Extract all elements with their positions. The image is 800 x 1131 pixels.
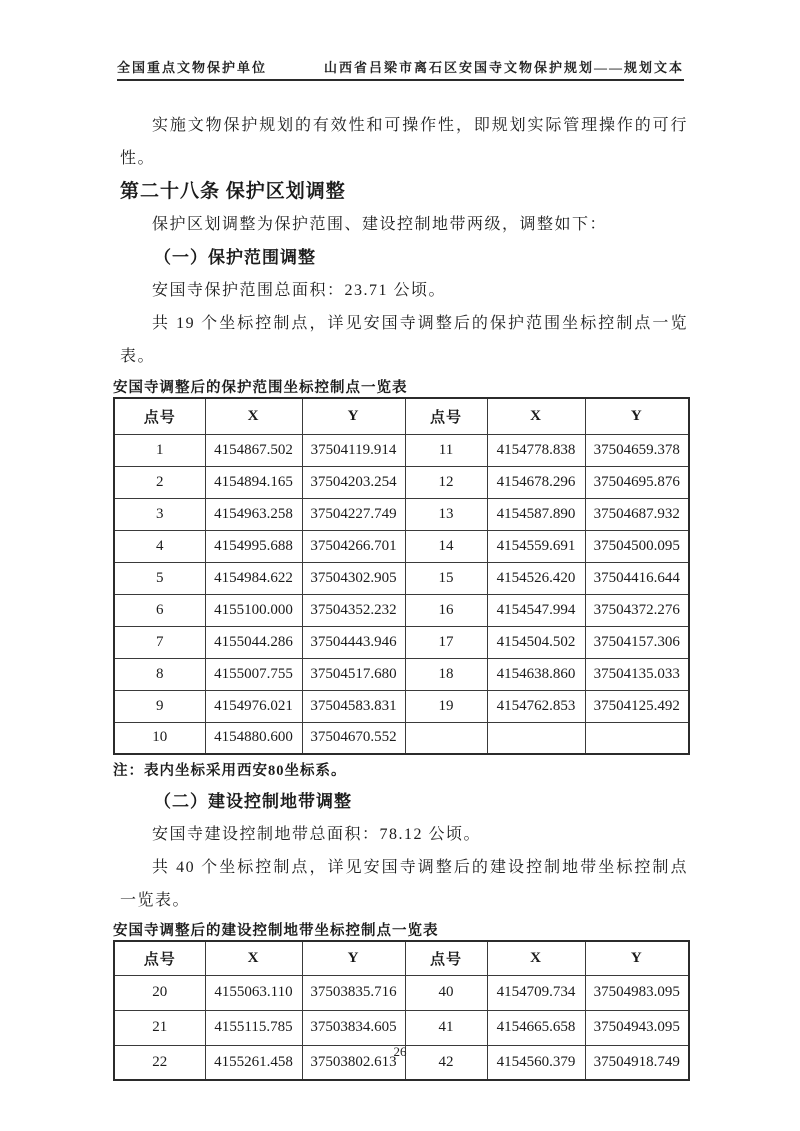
table-cell: 19 [405,690,487,722]
table-cell: 4155115.785 [205,1010,302,1045]
table-row: 94154976.02137504583.831194154762.853375… [114,690,689,722]
table-cell: 4155044.286 [205,626,302,658]
table-row: 44154995.68837504266.701144154559.691375… [114,530,689,562]
table-header-cell: X [205,941,302,975]
table-header-cell: Y [585,398,689,434]
table-cell: 4155063.110 [205,975,302,1010]
table-cell: 10 [114,722,205,754]
table-cell: 4154638.860 [487,658,585,690]
page-header: 全国重点文物保护单位 山西省吕梁市离石区安国寺文物保护规划——规划文本 [117,57,684,81]
table-cell: 11 [405,434,487,466]
table-cell: 17 [405,626,487,658]
table-cell: 37504125.492 [585,690,689,722]
table-cell: 4154995.688 [205,530,302,562]
table-cell: 37504695.876 [585,466,689,498]
table-cell: 37504302.905 [302,562,405,594]
table-cell: 4154504.502 [487,626,585,658]
table-cell: 14 [405,530,487,562]
table-cell: 2 [114,466,205,498]
table-cell: 37503834.605 [302,1010,405,1045]
table-row: 24154894.16537504203.254124154678.296375… [114,466,689,498]
continuation-paragraph: 实施文物保护规划的有效性和可操作性，即规划实际管理操作的可行性。 [120,109,688,175]
table1-caption: 安国寺调整后的保护范围坐标控制点一览表 [113,379,688,397]
table-header-row: 点号XY点号XY [114,941,689,975]
table-cell: 4154547.994 [487,594,585,626]
table-cell: 37504157.306 [585,626,689,658]
table-cell: 40 [405,975,487,1010]
table-cell: 4154867.502 [205,434,302,466]
table-cell: 37504372.276 [585,594,689,626]
table-cell: 16 [405,594,487,626]
table-cell: 37504943.095 [585,1010,689,1045]
table-header-row: 点号XY点号XY [114,398,689,434]
table-cell: 37504583.831 [302,690,405,722]
table-header-cell: Y [302,398,405,434]
table-cell: 4 [114,530,205,562]
table-row: 54154984.62237504302.905154154526.420375… [114,562,689,594]
table-cell: 4154894.165 [205,466,302,498]
table-cell: 1 [114,434,205,466]
table-header-cell: X [487,941,585,975]
table-row: 214155115.78537503834.605414154665.65837… [114,1010,689,1045]
table-cell: 37504135.033 [585,658,689,690]
table-cell: 7 [114,626,205,658]
table-cell: 13 [405,498,487,530]
table-cell [585,722,689,754]
table1-note: 注：表内坐标采用西安80坐标系。 [113,760,688,782]
section2-heading: （二）建设控制地带调整 [120,785,688,818]
document-page: 全国重点文物保护单位 山西省吕梁市离石区安国寺文物保护规划——规划文本 实施文物… [0,0,800,1131]
table-cell: 37503835.716 [302,975,405,1010]
table-cell: 37504352.232 [302,594,405,626]
table-cell: 37504670.552 [302,722,405,754]
table-cell: 4154678.296 [487,466,585,498]
header-right-title: 山西省吕梁市离石区安国寺文物保护规划——规划文本 [324,57,684,76]
table-cell: 37504416.644 [585,562,689,594]
table-row: 204155063.11037503835.716404154709.73437… [114,975,689,1010]
table-cell: 21 [114,1010,205,1045]
table-row: 64155100.00037504352.232164154547.994375… [114,594,689,626]
table-cell: 18 [405,658,487,690]
article-heading: 第二十八条 保护区划调整 [120,178,688,206]
table-cell: 37504443.946 [302,626,405,658]
table-cell: 4154709.734 [487,975,585,1010]
table-header-cell: X [487,398,585,434]
protection-range-coordinates-table: 点号XY点号XY 14154867.50237504119.9141141547… [113,397,690,755]
page-number: 26 [0,1044,800,1060]
table-cell: 37504687.932 [585,498,689,530]
table-cell: 9 [114,690,205,722]
table-cell: 37504203.254 [302,466,405,498]
table-cell: 12 [405,466,487,498]
table-cell: 6 [114,594,205,626]
table-cell: 37504227.749 [302,498,405,530]
table-header-cell: 点号 [405,941,487,975]
table-cell [487,722,585,754]
table-cell: 5 [114,562,205,594]
table-cell: 37504500.095 [585,530,689,562]
table-row: 74155044.28637504443.946174154504.502375… [114,626,689,658]
section2-area-paragraph: 安国寺建设控制地带总面积：78.12 公顷。 [120,818,688,851]
table-cell: 4155100.000 [205,594,302,626]
table-cell: 4154762.853 [487,690,585,722]
table-header-row: 点号XY点号XY [114,398,689,434]
table-header-cell: Y [585,941,689,975]
table-cell: 8 [114,658,205,690]
table-cell: 4154526.420 [487,562,585,594]
section1-area-paragraph: 安国寺保护范围总面积：23.71 公顷。 [120,274,688,307]
table-cell: 3 [114,498,205,530]
table-row: 104154880.60037504670.552 [114,722,689,754]
table-cell: 4154976.021 [205,690,302,722]
table-cell: 4154559.691 [487,530,585,562]
table-cell: 37504266.701 [302,530,405,562]
table-cell: 37504659.378 [585,434,689,466]
table-cell: 41 [405,1010,487,1045]
table-header-cell: 点号 [405,398,487,434]
table-cell: 4154984.622 [205,562,302,594]
document-body: 实施文物保护规划的有效性和可操作性，即规划实际管理操作的可行性。 第二十八条 保… [113,109,688,1081]
table-cell: 20 [114,975,205,1010]
table-cell: 4154963.258 [205,498,302,530]
section1-heading: （一）保护范围调整 [120,241,688,274]
table-row: 14154867.50237504119.914114154778.838375… [114,434,689,466]
table-cell: 4155007.755 [205,658,302,690]
table-cell: 37504119.914 [302,434,405,466]
table2-caption: 安国寺调整后的建设控制地带坐标控制点一览表 [113,922,688,940]
section2-points-paragraph: 共 40 个坐标控制点，详见安国寺调整后的建设控制地带坐标控制点一览表。 [120,851,688,917]
table-row: 34154963.25837504227.749134154587.890375… [114,498,689,530]
table-header-cell: X [205,398,302,434]
header-left-title: 全国重点文物保护单位 [117,57,267,76]
table-cell: 4154587.890 [487,498,585,530]
section1-points-paragraph: 共 19 个坐标控制点，详见安国寺调整后的保护范围坐标控制点一览表。 [120,307,688,373]
table-header-cell: 点号 [114,398,205,434]
table-cell: 15 [405,562,487,594]
table-cell: 4154778.838 [487,434,585,466]
intro-paragraph: 保护区划调整为保护范围、建设控制地带两级，调整如下： [120,208,688,241]
table-header-cell: Y [302,941,405,975]
table-header-row: 点号XY点号XY [114,941,689,975]
table-cell [405,722,487,754]
table-row: 84155007.75537504517.680184154638.860375… [114,658,689,690]
table-cell: 37504983.095 [585,975,689,1010]
table-cell: 4154880.600 [205,722,302,754]
table-cell: 37504517.680 [302,658,405,690]
table-cell: 4154665.658 [487,1010,585,1045]
table-header-cell: 点号 [114,941,205,975]
